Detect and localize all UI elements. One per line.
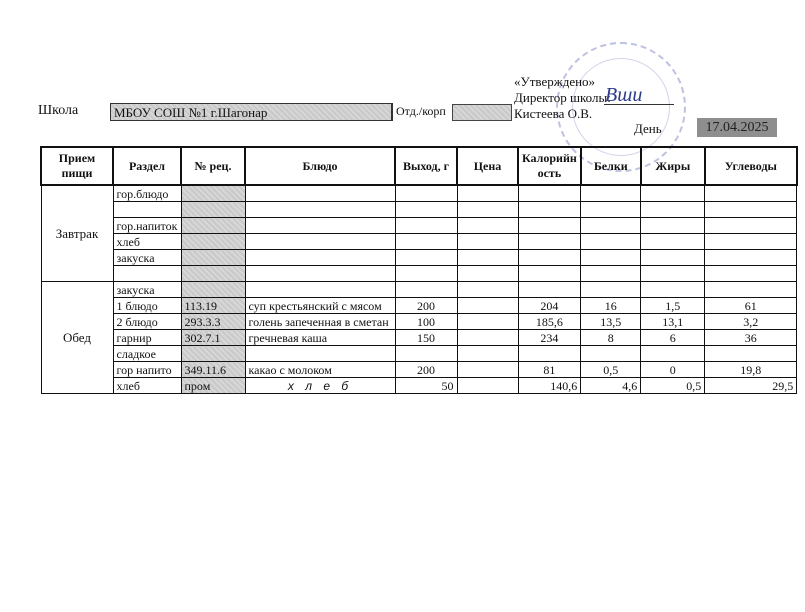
cell-kcal: 204 <box>518 298 581 314</box>
cell-section: 2 блюдо <box>113 314 181 330</box>
cell-dish <box>245 185 395 202</box>
cell-recipe <box>181 234 245 250</box>
cell-dish <box>245 202 395 218</box>
cell-protein <box>581 250 641 266</box>
table-row: гарнир302.7.1гречневая каша1502348636 <box>41 330 797 346</box>
cell-protein <box>581 266 641 282</box>
cell-kcal <box>518 250 581 266</box>
cell-carbs <box>705 234 797 250</box>
cell-section: 1 блюдо <box>113 298 181 314</box>
cell-price <box>457 378 518 394</box>
cell-yield <box>395 346 457 362</box>
cell-price <box>457 314 518 330</box>
cell-protein: 16 <box>581 298 641 314</box>
cell-dish: х л е б <box>245 378 395 394</box>
cell-section: закуска <box>113 282 181 298</box>
cell-fat: 0,5 <box>641 378 705 394</box>
cell-recipe: 349.11.6 <box>181 362 245 378</box>
cell-kcal <box>518 282 581 298</box>
col-dish: Блюдо <box>245 147 395 185</box>
cell-yield <box>395 202 457 218</box>
cell-fat <box>641 250 705 266</box>
cell-carbs <box>705 250 797 266</box>
cell-yield: 150 <box>395 330 457 346</box>
cell-dish <box>245 250 395 266</box>
otd-label: Отд./корп <box>396 104 446 119</box>
cell-protein <box>581 218 641 234</box>
cell-kcal: 234 <box>518 330 581 346</box>
cell-section <box>113 202 181 218</box>
cell-kcal <box>518 234 581 250</box>
cell-recipe <box>181 266 245 282</box>
cell-carbs <box>705 202 797 218</box>
cell-dish: какао с молоком <box>245 362 395 378</box>
cell-price <box>457 250 518 266</box>
cell-fat <box>641 218 705 234</box>
cell-yield <box>395 218 457 234</box>
cell-fat <box>641 185 705 202</box>
cell-kcal <box>518 202 581 218</box>
cell-kcal <box>518 266 581 282</box>
table-row <box>41 266 797 282</box>
cell-dish <box>245 218 395 234</box>
table-row <box>41 202 797 218</box>
cell-fat <box>641 346 705 362</box>
cell-fat: 6 <box>641 330 705 346</box>
cell-carbs <box>705 185 797 202</box>
table-row: Завтракгор.блюдо <box>41 185 797 202</box>
school-value: МБОУ СОШ №1 г.Шагонар <box>110 103 393 121</box>
table-row: гор напито349.11.6какао с молоком200810,… <box>41 362 797 378</box>
approved-text: «Утверждено» <box>514 74 611 90</box>
cell-section: гор напито <box>113 362 181 378</box>
col-recipe: № рец. <box>181 147 245 185</box>
cell-price <box>457 266 518 282</box>
col-price: Цена <box>457 147 518 185</box>
cell-recipe <box>181 250 245 266</box>
cell-dish <box>245 282 395 298</box>
cell-kcal: 185,6 <box>518 314 581 330</box>
cell-recipe: 293.3.3 <box>181 314 245 330</box>
cell-dish <box>245 234 395 250</box>
cell-section: гор.блюдо <box>113 185 181 202</box>
cell-kcal <box>518 185 581 202</box>
cell-kcal: 140,6 <box>518 378 581 394</box>
cell-recipe <box>181 346 245 362</box>
cell-protein <box>581 202 641 218</box>
cell-fat <box>641 202 705 218</box>
cell-carbs: 29,5 <box>705 378 797 394</box>
cell-price <box>457 218 518 234</box>
cell-yield: 50 <box>395 378 457 394</box>
cell-protein: 8 <box>581 330 641 346</box>
cell-yield: 200 <box>395 298 457 314</box>
table-row: гор.напиток <box>41 218 797 234</box>
school-label: Школа <box>38 103 78 119</box>
col-kcal: Калорийность <box>518 147 581 185</box>
col-protein: Белки <box>581 147 641 185</box>
table-row: хлебпромх л е б50140,64,60,529,5 <box>41 378 797 394</box>
signature-line <box>604 104 674 105</box>
cell-protein: 4,6 <box>581 378 641 394</box>
table-header: Приемпищи Раздел № рец. Блюдо Выход, г Ц… <box>41 147 797 185</box>
cell-carbs <box>705 282 797 298</box>
cell-price <box>457 330 518 346</box>
cell-protein <box>581 185 641 202</box>
cell-section: хлеб <box>113 234 181 250</box>
cell-carbs <box>705 218 797 234</box>
cell-protein: 0,5 <box>581 362 641 378</box>
cell-recipe <box>181 282 245 298</box>
cell-fat <box>641 282 705 298</box>
cell-protein <box>581 234 641 250</box>
cell-price <box>457 234 518 250</box>
cell-fat <box>641 266 705 282</box>
cell-dish: гречневая каша <box>245 330 395 346</box>
meal-name: Завтрак <box>41 185 113 282</box>
cell-carbs: 19,8 <box>705 362 797 378</box>
cell-yield <box>395 266 457 282</box>
cell-carbs <box>705 346 797 362</box>
cell-yield <box>395 282 457 298</box>
cell-price <box>457 346 518 362</box>
cell-protein <box>581 346 641 362</box>
otd-value <box>452 104 512 121</box>
cell-yield: 200 <box>395 362 457 378</box>
cell-yield <box>395 185 457 202</box>
date-value: 17.04.2025 <box>697 118 777 137</box>
cell-recipe <box>181 218 245 234</box>
cell-kcal <box>518 346 581 362</box>
cell-section: закуска <box>113 250 181 266</box>
cell-price <box>457 362 518 378</box>
table-row: закуска <box>41 250 797 266</box>
col-fat: Жиры <box>641 147 705 185</box>
col-carbs: Углеводы <box>705 147 797 185</box>
cell-fat: 1,5 <box>641 298 705 314</box>
table-row: 2 блюдо293.3.3голень запеченная в сметан… <box>41 314 797 330</box>
cell-carbs: 61 <box>705 298 797 314</box>
cell-price <box>457 282 518 298</box>
cell-recipe: 113.19 <box>181 298 245 314</box>
cell-carbs: 36 <box>705 330 797 346</box>
col-yield: Выход, г <box>395 147 457 185</box>
meal-name: Обед <box>41 282 113 394</box>
director-name: Кистеева О.В. <box>514 106 611 122</box>
table-row: сладкое <box>41 346 797 362</box>
cell-yield <box>395 250 457 266</box>
day-label: День <box>634 121 662 137</box>
approval-block: «Утверждено» Директор школы: Кистеева О.… <box>514 74 611 122</box>
cell-fat: 13,1 <box>641 314 705 330</box>
cell-price <box>457 185 518 202</box>
cell-dish <box>245 346 395 362</box>
cell-price <box>457 202 518 218</box>
cell-carbs: 3,2 <box>705 314 797 330</box>
cell-recipe: пром <box>181 378 245 394</box>
cell-section: хлеб <box>113 378 181 394</box>
cell-protein: 13,5 <box>581 314 641 330</box>
menu-table: Приемпищи Раздел № рец. Блюдо Выход, г Ц… <box>40 146 798 394</box>
table-row: хлеб <box>41 234 797 250</box>
col-section: Раздел <box>113 147 181 185</box>
cell-fat <box>641 234 705 250</box>
col-meal: Приемпищи <box>41 147 113 185</box>
table-row: Обедзакуска <box>41 282 797 298</box>
cell-kcal <box>518 218 581 234</box>
cell-section: гарнир <box>113 330 181 346</box>
cell-section: гор.напиток <box>113 218 181 234</box>
cell-section <box>113 266 181 282</box>
cell-kcal: 81 <box>518 362 581 378</box>
cell-fat: 0 <box>641 362 705 378</box>
cell-recipe: 302.7.1 <box>181 330 245 346</box>
cell-dish <box>245 266 395 282</box>
cell-yield: 100 <box>395 314 457 330</box>
cell-price <box>457 298 518 314</box>
cell-dish: голень запеченная в сметан <box>245 314 395 330</box>
table-row: 1 блюдо113.19суп крестьянский с мясом200… <box>41 298 797 314</box>
cell-yield <box>395 234 457 250</box>
director-label: Директор школы: <box>514 90 611 106</box>
cell-section: сладкое <box>113 346 181 362</box>
cell-carbs <box>705 266 797 282</box>
cell-recipe <box>181 202 245 218</box>
cell-protein <box>581 282 641 298</box>
cell-dish: суп крестьянский с мясом <box>245 298 395 314</box>
cell-recipe <box>181 185 245 202</box>
